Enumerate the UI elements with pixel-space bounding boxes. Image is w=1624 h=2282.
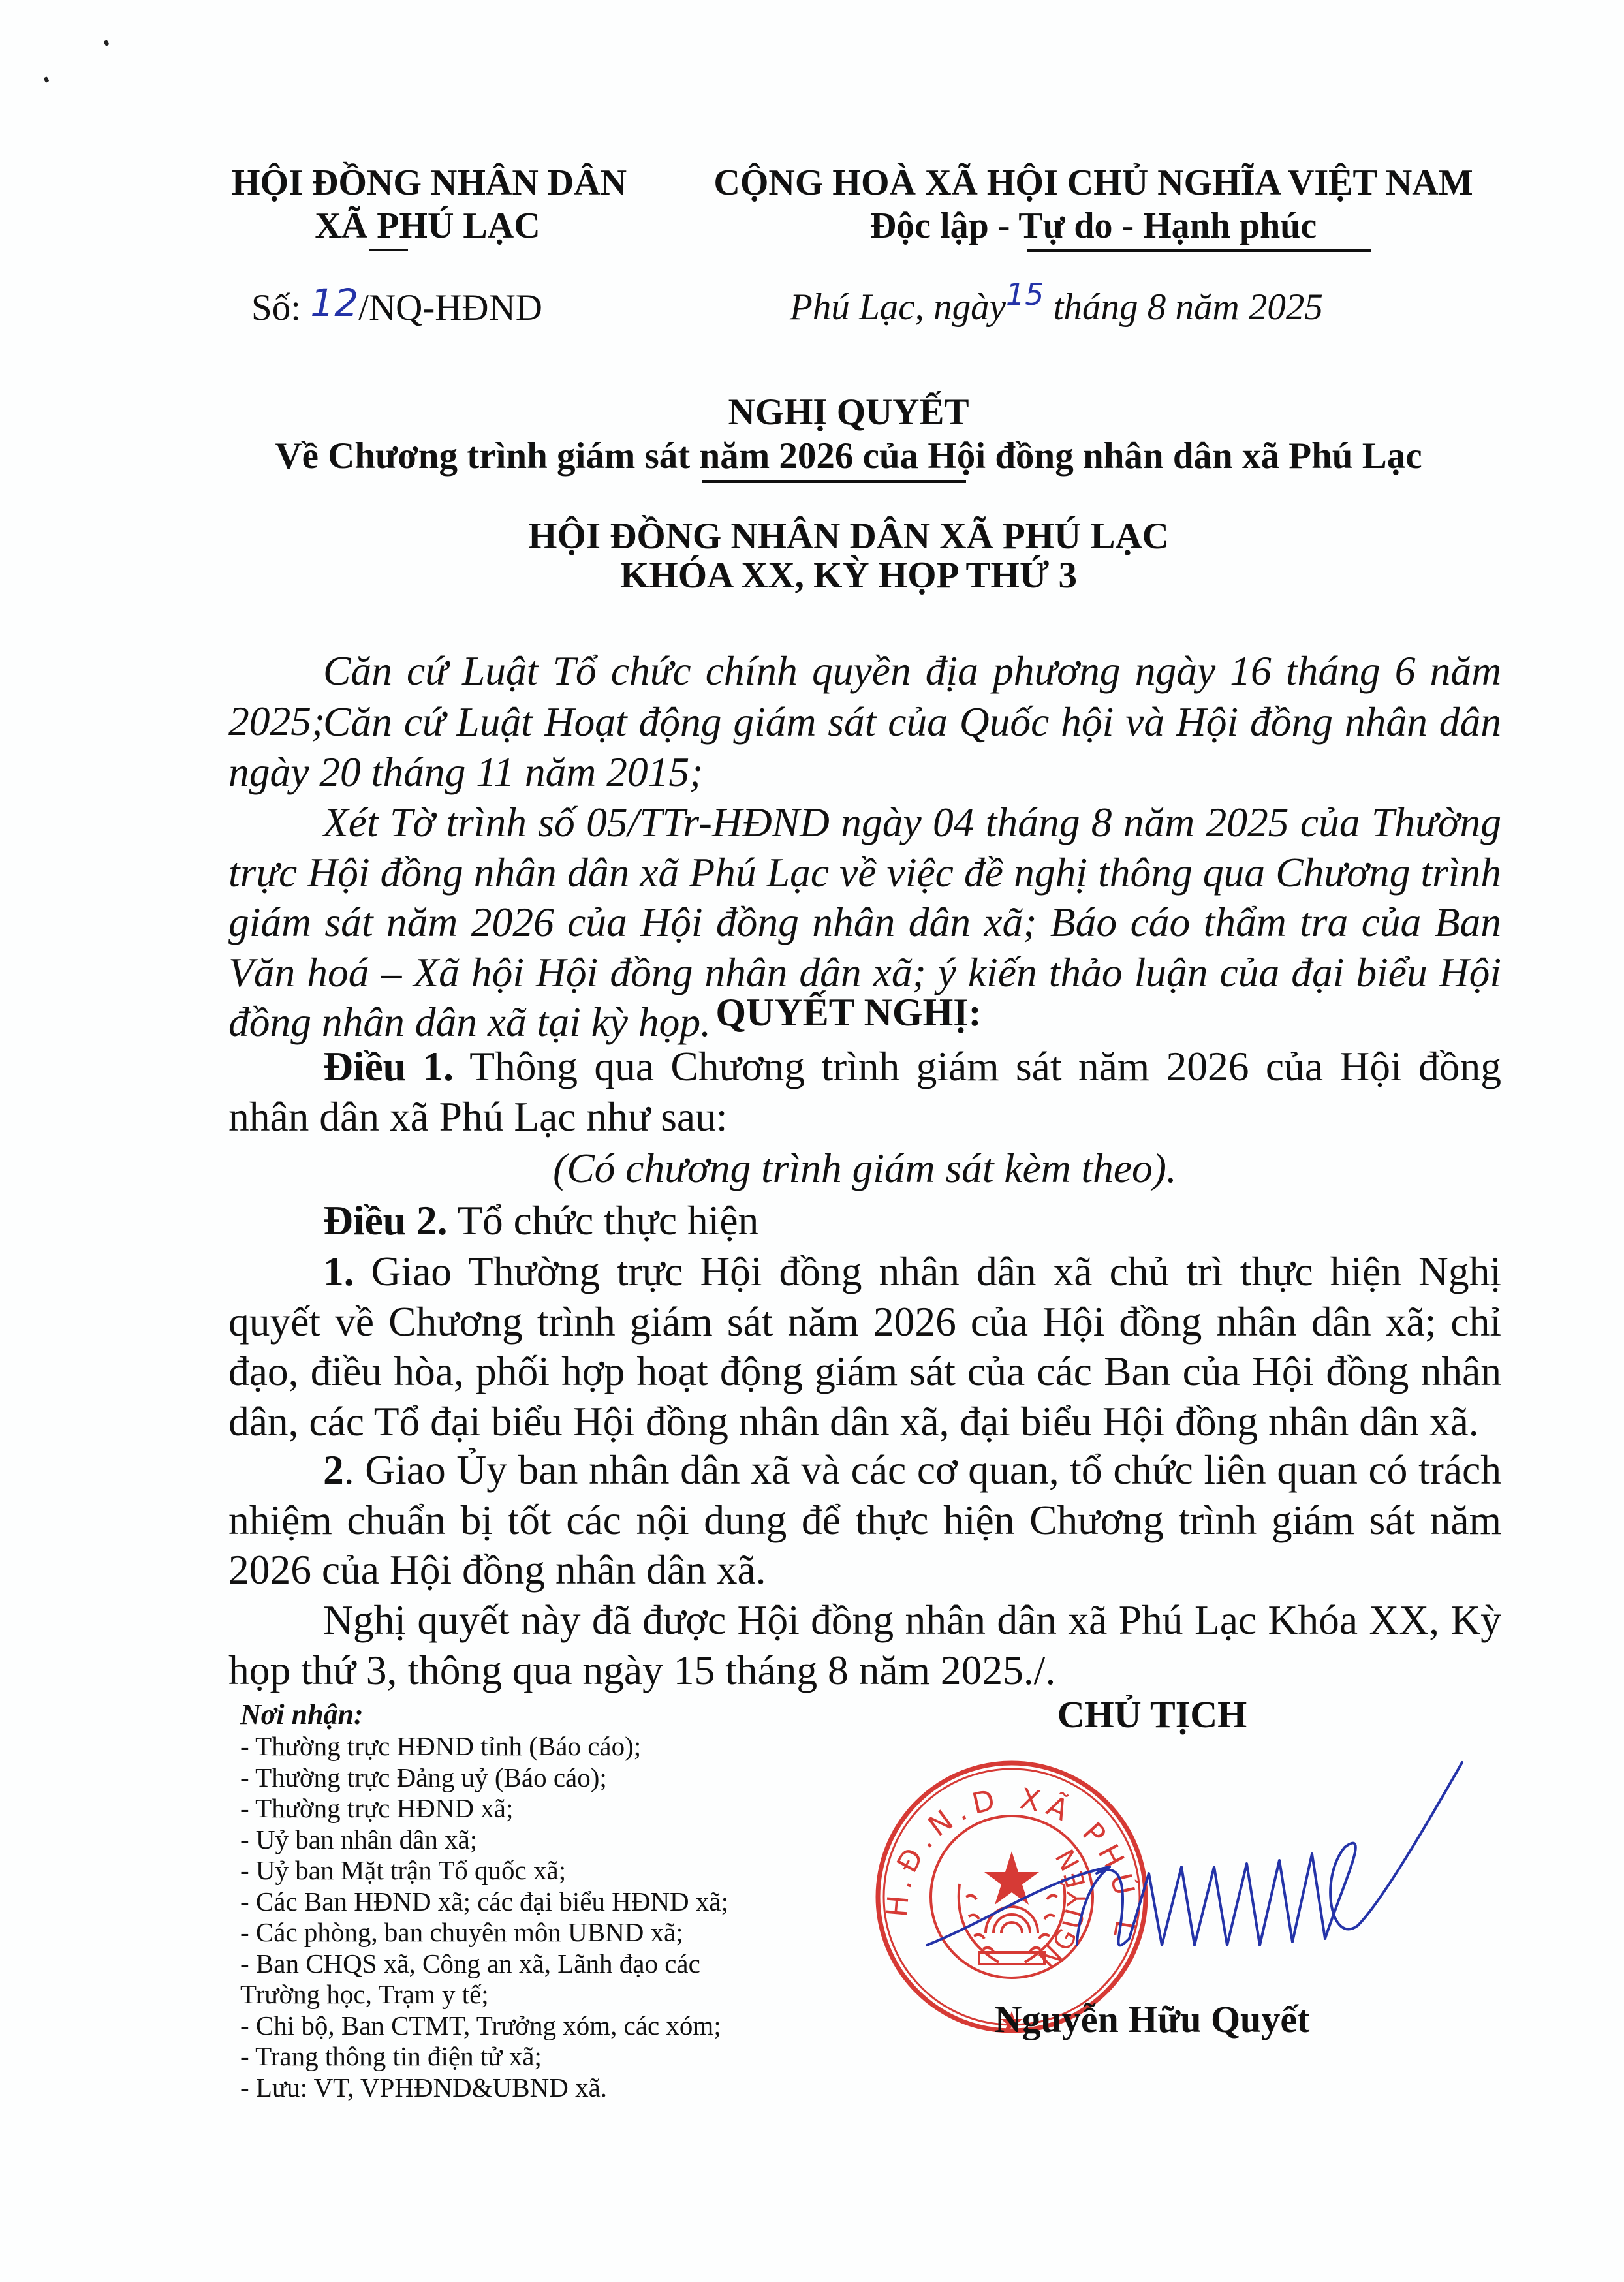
recipient-item: - Uỷ ban Mặt trận Tổ quốc xã; <box>240 1855 728 1886</box>
session-title: KHÓA XX, KỲ HỌP THỨ 3 <box>196 554 1501 597</box>
resolution-heading: QUYẾT NGHỊ: <box>196 991 1501 1035</box>
article-1-note: (Có chương trình giám sát kèm theo). <box>228 1144 1501 1194</box>
document-number: Số: 12/NQ-HĐND <box>251 285 542 330</box>
recipient-item: - Lưu: VT, VPHĐND&UBND xã. <box>240 2072 728 2104</box>
signer-name: Nguyễn Hữu Quyết <box>940 1997 1364 2041</box>
recipient-item: - Thường trực HĐND xã; <box>240 1793 728 1824</box>
national-motto: Độc lập - Tự do - Hạnh phúc <box>692 204 1495 248</box>
scan-speck <box>103 40 109 46</box>
header-left-underline <box>369 249 408 251</box>
document-type: NGHỊ QUYẾT <box>196 390 1501 434</box>
issuer-name: HỘI ĐỒNG NHÂN DÂN <box>232 161 623 205</box>
recipient-item: Trường học, Trạm y tế; <box>240 1979 728 2010</box>
recipients-block: Nơi nhận: - Thường trực HĐND tỉnh (Báo c… <box>240 1698 728 2103</box>
handwritten-signature <box>914 1749 1475 1997</box>
article-1: Điều 1. Thông qua Chương trình giám sát … <box>228 1042 1501 1142</box>
issuer-commune: XÃ PHÚ LẠC <box>232 204 623 248</box>
article-2-item-1: 1. Giao Thường trực Hội đồng nhân dân xã… <box>228 1247 1501 1446</box>
recipient-item: - Trang thông tin điện tử xã; <box>240 2041 728 2072</box>
recipient-item: - Thường trực Đảng uỷ (Báo cáo); <box>240 1762 728 1794</box>
recipient-item: - Thường trực HĐND tỉnh (Báo cáo); <box>240 1731 728 1762</box>
preamble-2: Căn cứ Luật Hoạt động giám sát của Quốc … <box>228 697 1501 797</box>
signer-position: CHỦ TỊCH <box>940 1693 1364 1736</box>
handwritten-number: 12 <box>310 281 358 325</box>
recipient-item: - Các phòng, ban chuyên môn UBND xã; <box>240 1917 728 1948</box>
scan-speck <box>43 76 49 83</box>
national-title: CỘNG HOÀ XÃ HỘI CHỦ NGHĨA VIỆT NAM <box>692 161 1495 205</box>
recipient-item: - Ban CHQS xã, Công an xã, Lãnh đạo các <box>240 1948 728 1980</box>
article-2: Điều 2. Tổ chức thực hiện <box>228 1196 1501 1246</box>
closing-statement: Nghị quyết này đã được Hội đồng nhân dân… <box>228 1595 1501 1695</box>
recipient-item: - Các Ban HĐND xã; các đại biểu HĐND xã; <box>240 1886 728 1918</box>
document-date: Phú Lạc, ngày15 tháng 8 năm 2025 <box>790 285 1323 331</box>
recipients-list: - Thường trực HĐND tỉnh (Báo cáo);- Thườ… <box>240 1731 728 2103</box>
article-2-item-2: 2. Giao Ủy ban nhân dân xã và các cơ qua… <box>228 1445 1501 1595</box>
subject-underline <box>702 480 966 483</box>
recipient-item: - Uỷ ban nhân dân xã; <box>240 1824 728 1856</box>
document-subject: Về Chương trình giám sát năm 2026 của Hộ… <box>196 434 1501 478</box>
recipient-item: - Chi bộ, Ban CTMT, Trưởng xóm, các xóm; <box>240 2010 728 2042</box>
issuer-session-title: HỘI ĐỒNG NHÂN DÂN XÃ PHÚ LẠC <box>196 514 1501 558</box>
header-right-underline <box>1027 249 1371 252</box>
handwritten-day: 15 <box>1006 277 1044 312</box>
recipients-heading: Nơi nhận: <box>240 1698 728 1731</box>
